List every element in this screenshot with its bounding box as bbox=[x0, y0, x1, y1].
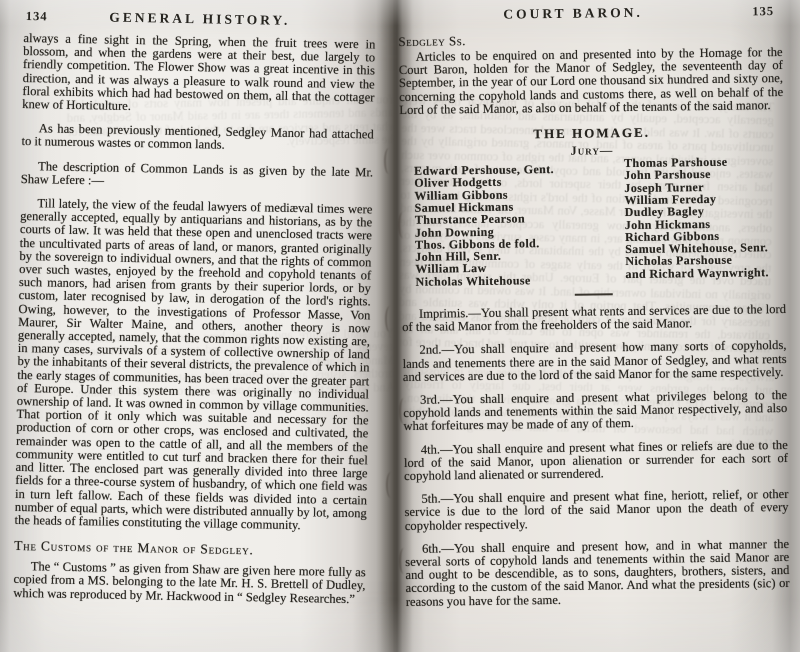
article-text: You shall enquire and present what fines… bbox=[404, 438, 788, 483]
court-article: 2nd.—You shall enquire and present how m… bbox=[402, 339, 786, 384]
book-scan: You shall enquire and present how many s… bbox=[0, 0, 800, 652]
article-text: You shall enquire and present what fine,… bbox=[405, 487, 789, 532]
jury-list: Edward Pershouse, Gent. Oliver Hodgetts … bbox=[414, 160, 786, 288]
right-page-content: 135 COURT BARON. Sedgley Ss. Articles to… bbox=[398, 3, 790, 619]
section-divider bbox=[575, 293, 613, 295]
paragraph: The description of Common Lands is as gi… bbox=[21, 160, 373, 193]
jury-member: Nicholas Whitehouse bbox=[416, 273, 626, 288]
running-header: COURT BARON. bbox=[398, 3, 782, 24]
right-page: Till lately, the view of the feudal lawy… bbox=[392, 0, 800, 652]
paragraph: always a fine sight in the Spring, when … bbox=[22, 32, 375, 118]
section-heading: The Customs of the Manor of Sedgley. bbox=[14, 538, 366, 560]
page-number: 134 bbox=[26, 9, 48, 24]
jury-column-left: Edward Pershouse, Gent. Oliver Hodgetts … bbox=[414, 162, 626, 288]
court-article: 4th.—You shall enquire and present what … bbox=[404, 439, 788, 484]
article-label: 4th.— bbox=[421, 442, 453, 456]
court-article: 5th.—You shall enquire and present what … bbox=[404, 488, 788, 533]
paragraph: Till lately, the view of the feudal lawy… bbox=[14, 197, 372, 533]
paragraph: As has been previously mentioned, Sedgle… bbox=[21, 122, 373, 155]
page-number: 135 bbox=[752, 4, 774, 19]
article-text: You shall enquire and present how many s… bbox=[403, 338, 787, 383]
left-page: You shall enquire and present how many s… bbox=[0, 0, 392, 652]
running-header: GENERAL HISTORY. bbox=[24, 8, 376, 30]
left-page-content: 134 GENERAL HISTORY. always a fine sight… bbox=[13, 8, 376, 617]
jury-column-right: Thomas Parshouse John Parshouse Joseph T… bbox=[624, 155, 769, 285]
court-article: Imprimis.—You shall present what rents a… bbox=[402, 303, 786, 334]
right-page-header: 135 COURT BARON. bbox=[398, 3, 782, 28]
article-label: 6th.— bbox=[422, 541, 454, 555]
left-page-header: 134 GENERAL HISTORY. bbox=[24, 8, 376, 34]
court-article: 3rd.—You shall enquire and present what … bbox=[403, 389, 787, 434]
paragraph: The “ Customs ” as given from Shaw are g… bbox=[13, 560, 366, 606]
jury-member: and Richard Waynwright. bbox=[625, 266, 768, 280]
article-text: You shall enquire and present how, and i… bbox=[405, 537, 789, 609]
article-label: 5th.— bbox=[421, 492, 453, 506]
intro-paragraph: Articles to be enquired on and presented… bbox=[399, 46, 784, 117]
court-article: 6th.—You shall enquire and present how, … bbox=[405, 538, 790, 609]
article-text: You shall enquire and present what privi… bbox=[403, 388, 787, 433]
